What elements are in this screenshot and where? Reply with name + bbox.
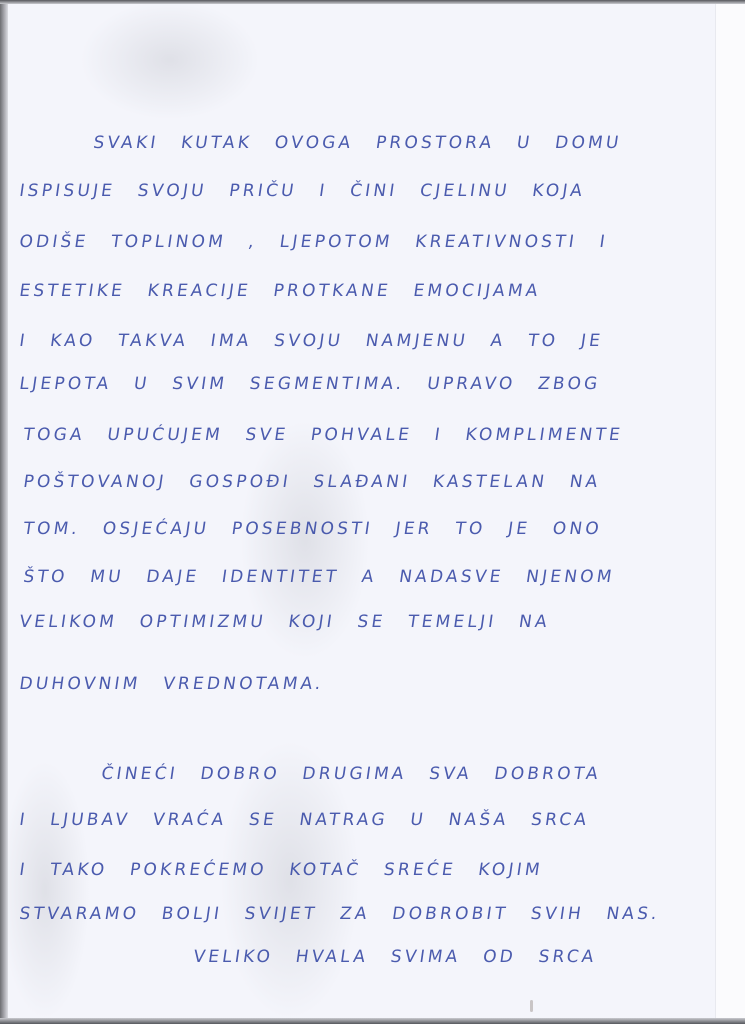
handwritten-letter: SVAKI KUTAK OVOGA PROSTORA U DOMU ISPISU… [0, 0, 715, 1024]
letter-line: SVAKI KUTAK OVOGA PROSTORA U DOMU [92, 133, 623, 153]
letter-line: DUHOVNIM VREDNOTAMA. [18, 674, 325, 694]
letter-line: TOM. OSJEĆAJU POSEBNOSTI JER TO JE ONO [22, 519, 603, 539]
letter-line: POŠTOVANOJ GOSPOĐI SLAĐANI KASTELAN NA [22, 472, 602, 492]
letter-line: ČINEĆI DOBRO DRUGIMA SVA DOBROTA [100, 764, 602, 784]
letter-line: I LJUBAV VRAĆA SE NATRAG U NAŠA SRCA [18, 810, 591, 830]
adjacent-page-edge [715, 0, 745, 1024]
letter-line: LJEPOTA U SVIM SEGMENTIMA. UPRAVO ZBOG [18, 374, 602, 394]
letter-line: VELIKOM OPTIMIZMU KOJI SE TEMELJI NA [18, 612, 551, 632]
letter-line: ŠTO MU DAJE IDENTITET A NADASVE NJENOM [22, 567, 616, 587]
letter-line: TOGA UPUĆUJEM SVE POHVALE I KOMPLIMENTE [22, 425, 624, 445]
stray-mark [530, 1000, 533, 1012]
letter-line: STVARAMO BOLJI SVIJET ZA DOBROBIT SVIH N… [18, 904, 661, 924]
letter-line: ODIŠE TOPLINOM , LJEPOTOM KREATIVNOSTI I [18, 232, 609, 252]
letter-line: I KAO TAKVA IMA SVOJU NAMJENU A TO JE [18, 331, 604, 351]
letter-line: ESTETIKE KREACIJE PROTKANE EMOCIJAMA [18, 281, 542, 301]
letter-line: I TAKO POKREĆEMO KOTAČ SREĆE KOJIM [18, 860, 544, 880]
letter-line: ISPISUJE SVOJU PRIČU I ČINI CJELINU KOJA [18, 181, 586, 201]
closing-line: VELIKO HVALA SVIMA OD SRCA [192, 947, 598, 967]
